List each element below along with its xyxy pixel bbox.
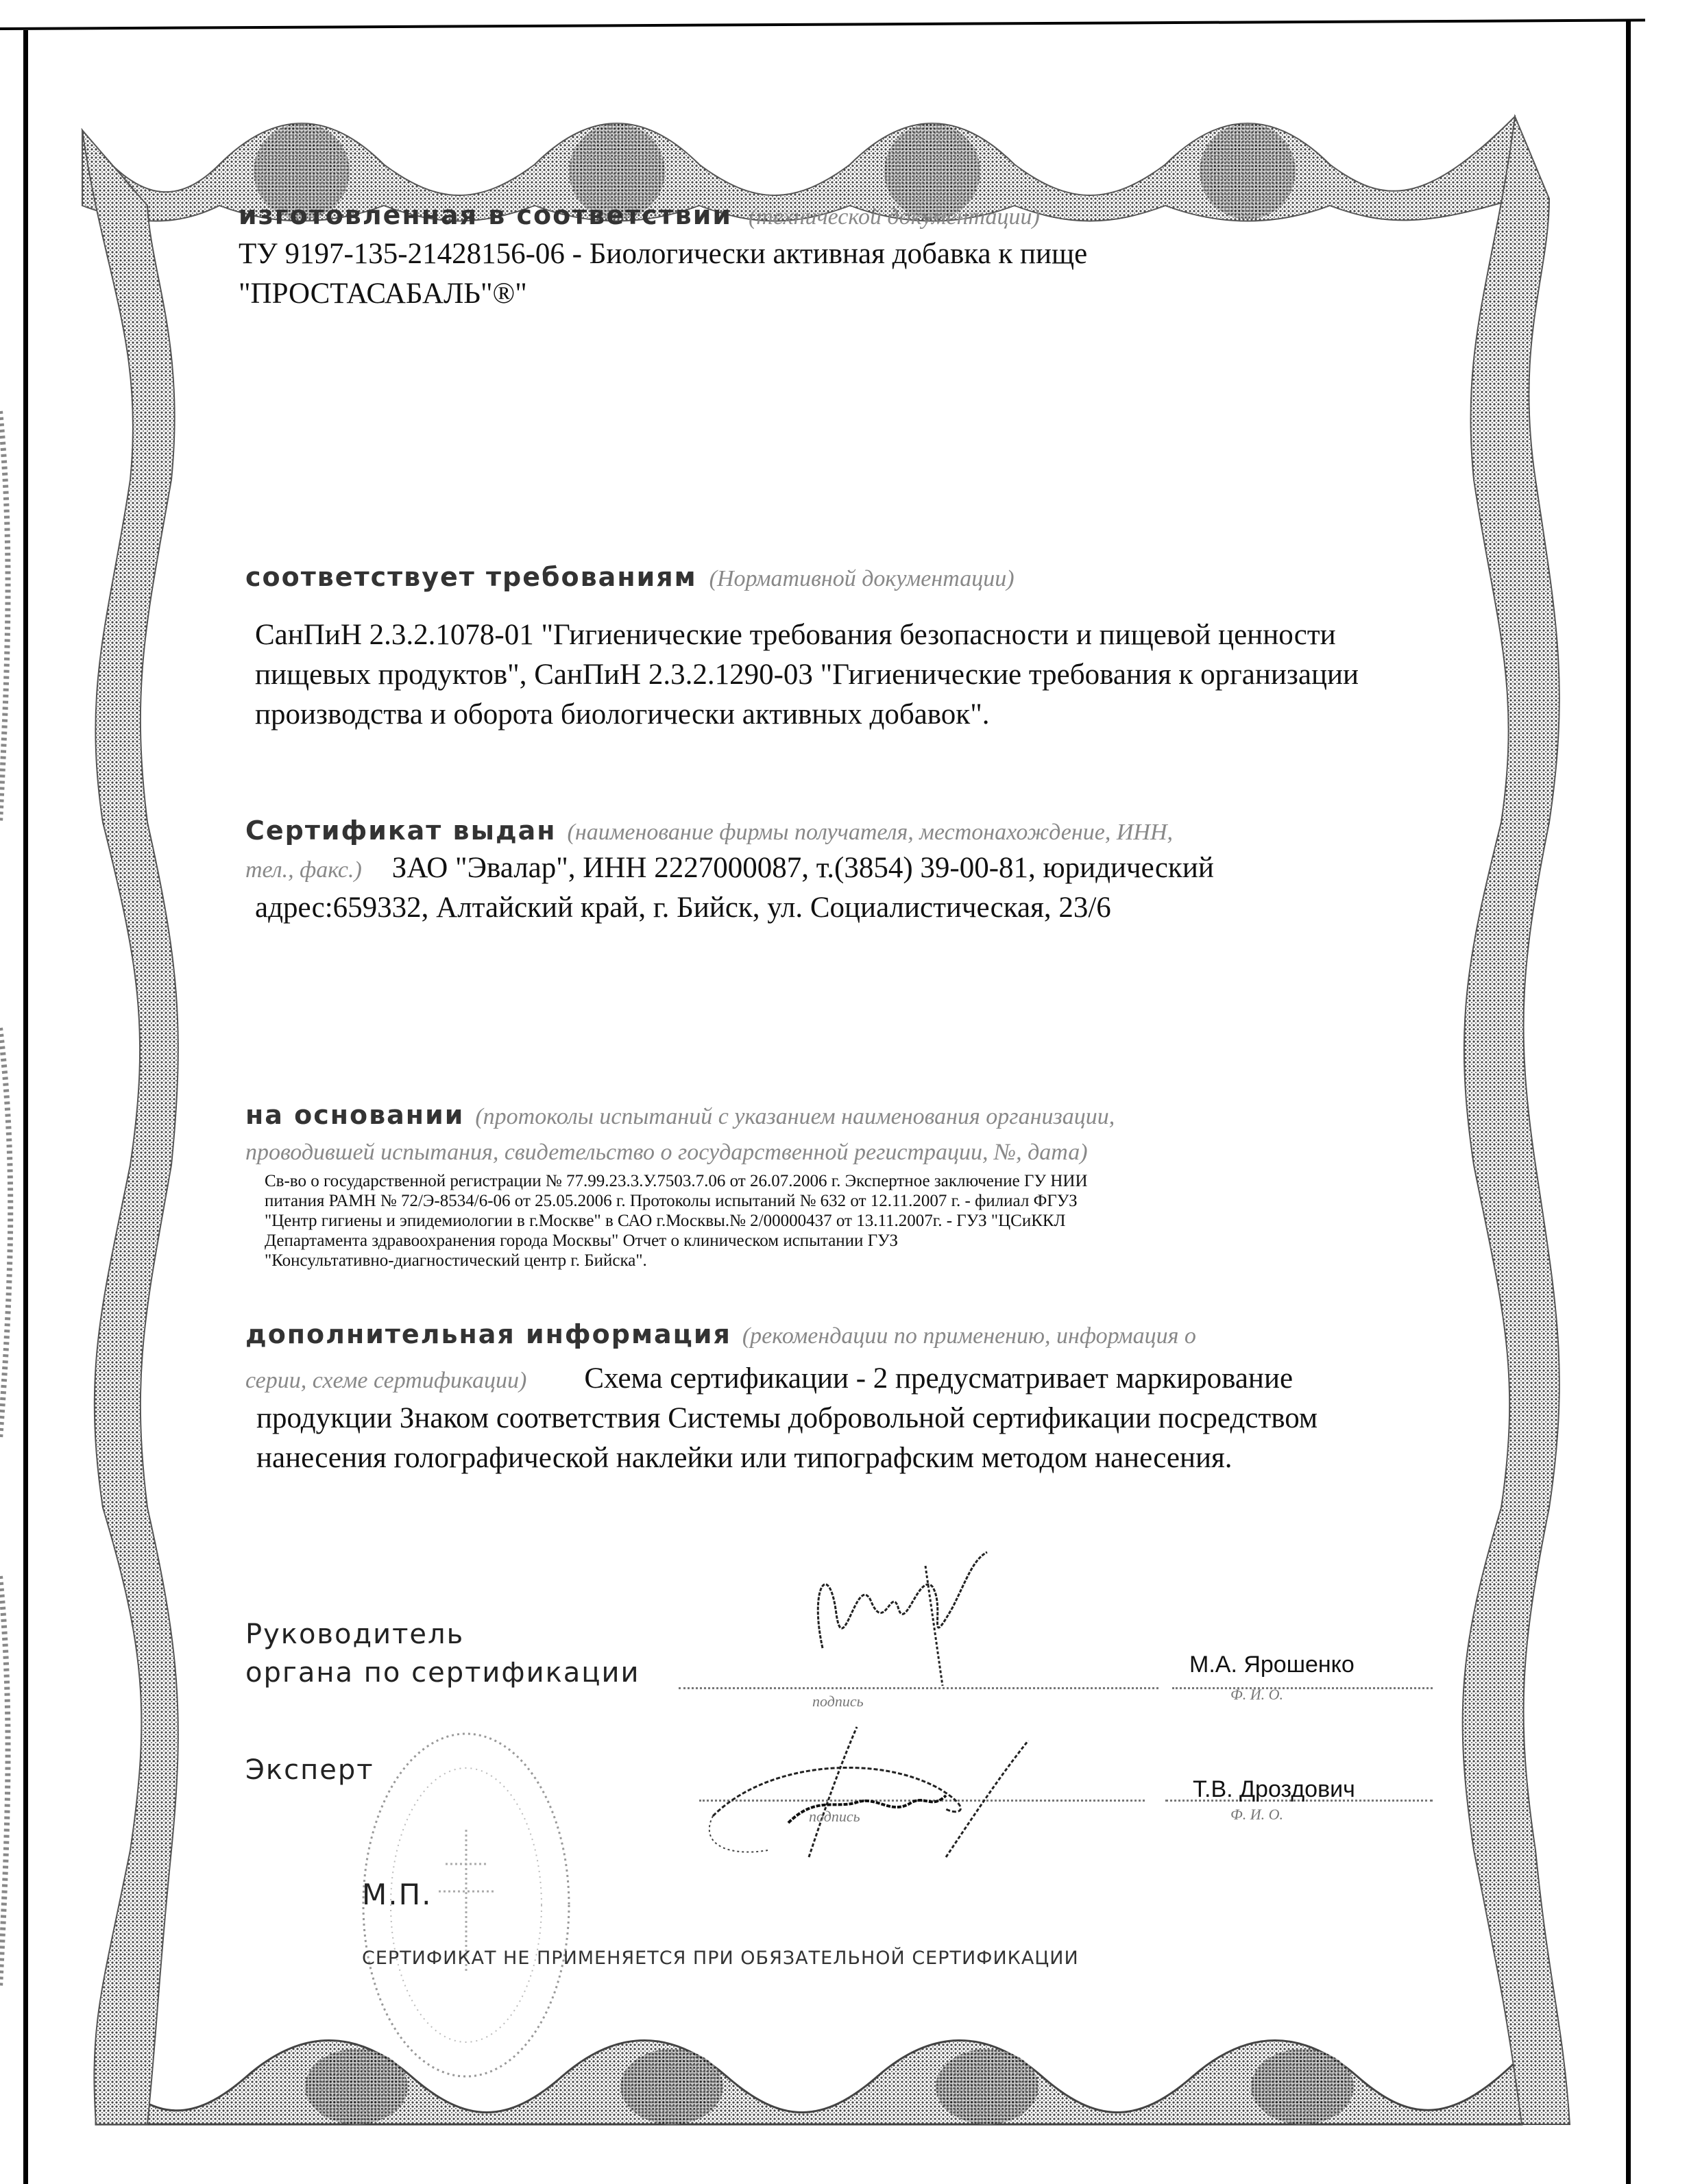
basis-heading: на основании (протоколы испытаний с указ… bbox=[245, 1100, 1548, 1130]
manufactured-heading: изготовленная в соответствии (техническо… bbox=[239, 200, 1541, 230]
expert-signature-caption: подпись bbox=[809, 1808, 860, 1826]
additional-heading: дополнительная информация (рекомендации … bbox=[245, 1319, 1548, 1349]
head-signature-icon bbox=[781, 1545, 1015, 1689]
head-name-caption: Ф. И. О. bbox=[1230, 1686, 1283, 1704]
basis-line-3: "Центр гигиены и эпидемиологии в г.Москв… bbox=[265, 1211, 1548, 1231]
footer-note: СЕРТИФИКАТ НЕ ПРИМЕНЯЕТСЯ ПРИ ОБЯЗАТЕЛЬН… bbox=[362, 1948, 1079, 1969]
issued-to-line-2: адрес:659332, Алтайский край, г. Бийск, … bbox=[255, 888, 1548, 928]
section-additional: дополнительная информация (рекомендации … bbox=[245, 1319, 1548, 1478]
expert-name: Т.В. Дроздович bbox=[1193, 1776, 1355, 1803]
section-requirements: соответствует требованиям (Нормативной д… bbox=[245, 562, 1548, 735]
requirements-hint: (Нормативной документации) bbox=[709, 566, 1015, 591]
manufactured-hint: (технической документации) bbox=[749, 204, 1040, 230]
head-name-line bbox=[1172, 1687, 1433, 1689]
basis-line-1: Св-во о государственной регистрации № 77… bbox=[265, 1171, 1548, 1191]
basis-label: на основании bbox=[245, 1100, 464, 1130]
stamp-label: М.П. bbox=[362, 1878, 433, 1911]
section-issued-to: Сертификат выдан (наименование фирмы пол… bbox=[245, 815, 1548, 928]
additional-line-3: нанесения голографической наклейки или т… bbox=[256, 1438, 1548, 1478]
basis-line-2: питания РАМН № 72/Э-8534/6-06 от 25.05.2… bbox=[265, 1191, 1548, 1211]
additional-label: дополнительная информация bbox=[245, 1319, 731, 1349]
manufactured-line-2: "ПРОСТАСАБАЛЬ"®" bbox=[239, 274, 1541, 314]
adjacent-page-fragment bbox=[0, 411, 10, 1987]
basis-hint-1: (протоколы испытаний с указанием наимено… bbox=[475, 1104, 1115, 1129]
basis-line-4: Департамента здравоохранения города Моск… bbox=[265, 1231, 1548, 1251]
additional-line-1: Схема сертификации - 2 предусматривает м… bbox=[584, 1362, 1293, 1395]
border-left-band bbox=[82, 130, 178, 2124]
issued-to-line-1-row: тел., факс.) ЗАО "Эвалар", ИНН 222700008… bbox=[245, 848, 1548, 888]
section-manufactured: изготовленная в соответствии (техническо… bbox=[239, 200, 1541, 314]
manufactured-label: изготовленная в соответствии bbox=[239, 200, 732, 230]
head-signature-caption: подпись bbox=[812, 1693, 864, 1710]
expert-name-caption: Ф. И. О. bbox=[1230, 1806, 1283, 1824]
issued-to-line-1: ЗАО "Эвалар", ИНН 2227000087, т.(3854) 3… bbox=[392, 852, 1214, 884]
expert-signature-icon bbox=[685, 1713, 1069, 1871]
additional-line-2: продукции Знаком соответствия Системы до… bbox=[256, 1399, 1548, 1438]
requirements-label: соответствует требованиям bbox=[245, 562, 697, 592]
head-label-line-1: Руководитель bbox=[245, 1619, 464, 1650]
head-name: М.А. Ярошенко bbox=[1189, 1652, 1355, 1678]
requirements-line-1: СанПиН 2.3.2.1078-01 "Гигиенические треб… bbox=[255, 615, 1548, 655]
manufactured-line-1: ТУ 9197-135-21428156-06 - Биологически а… bbox=[239, 234, 1541, 274]
basis-hint-2: проводившей испытания, свидетельство о г… bbox=[245, 1140, 1548, 1166]
issued-to-heading: Сертификат выдан (наименование фирмы пол… bbox=[245, 815, 1548, 846]
additional-line-1-row: серии, схеме сертификации) Схема сертифи… bbox=[245, 1359, 1548, 1399]
requirements-line-2: пищевых продуктов", СанПиН 2.3.2.1290-03… bbox=[255, 655, 1548, 695]
expert-label: Эксперт bbox=[245, 1754, 374, 1786]
issued-to-hint-1: (наименование фирмы получателя, местонах… bbox=[568, 820, 1173, 845]
requirements-heading: соответствует требованиям (Нормативной д… bbox=[245, 562, 1548, 592]
head-label-line-2: органа по сертификации bbox=[245, 1657, 640, 1689]
basis-body: Св-во о государственной регистрации № 77… bbox=[265, 1171, 1548, 1271]
section-basis: на основании (протоколы испытаний с указ… bbox=[245, 1100, 1548, 1271]
issued-to-label: Сертификат выдан bbox=[245, 815, 557, 846]
additional-hint-1: (рекомендации по применению, информация … bbox=[742, 1323, 1196, 1349]
basis-line-5: "Консультативно-диагностический центр г.… bbox=[265, 1251, 1548, 1271]
requirements-line-3: производства и оборота биологически акти… bbox=[255, 695, 1548, 735]
issued-to-hint-2: тел., факс.) bbox=[245, 857, 362, 883]
requirements-body: СанПиН 2.3.2.1078-01 "Гигиенические треб… bbox=[255, 615, 1548, 735]
additional-hint-2: серии, схеме сертификации) bbox=[245, 1368, 526, 1393]
